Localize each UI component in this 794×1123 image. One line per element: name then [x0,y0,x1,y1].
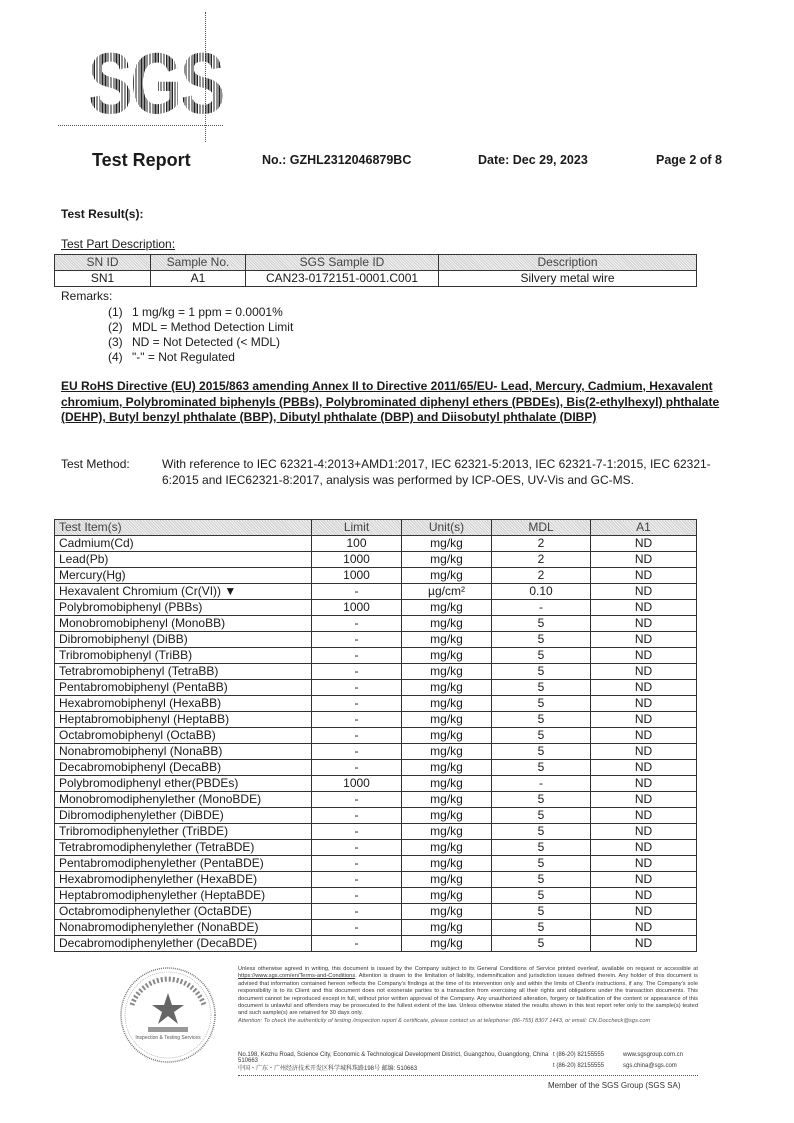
test-item-cell: Polybromobiphenyl (PBBs) [55,600,312,616]
mdl-cell: 5 [492,664,591,680]
authenticity-notice: Attention: To check the authenticity of … [238,1018,698,1025]
unit-cell: mg/kg [402,904,492,920]
column-header-unit: Unit(s) [402,520,492,536]
test-method-label: Test Method: [61,457,130,471]
unit-cell: mg/kg [402,824,492,840]
mdl-cell: 5 [492,648,591,664]
column-header-a1: A1 [591,520,697,536]
table-row: Decabromodiphenylether (DecaBDE)-mg/kg5N… [55,936,697,952]
mdl-cell: 5 [492,728,591,744]
section-heading: Test Result(s): [61,207,143,221]
limit-cell: - [312,824,402,840]
table-row: SN1 A1 CAN23-0172151-0001.C001 Silvery m… [55,271,697,287]
remark-text: ND = Not Detected (< MDL) [132,335,280,349]
limit-cell: - [312,920,402,936]
table-row: Decabromobiphenyl (DecaBB)-mg/kg5ND [55,760,697,776]
limit-cell: - [312,840,402,856]
unit-cell: mg/kg [402,936,492,952]
result-a1-cell: ND [591,680,697,696]
test-item-cell: Hexabromobiphenyl (HexaBB) [55,696,312,712]
unit-cell: mg/kg [402,872,492,888]
test-item-cell: Heptabromobiphenyl (HeptaBB) [55,712,312,728]
result-a1-cell: ND [591,552,697,568]
unit-cell: mg/kg [402,680,492,696]
page-indicator: Page 2 of 8 [656,153,722,167]
mdl-cell: 5 [492,920,591,936]
email-link[interactable]: sgs.china@sgs.com [623,1063,698,1072]
table-row: Polybromobiphenyl (PBBs)1000mg/kg-ND [55,600,697,616]
mdl-cell: 2 [492,536,591,552]
legal-disclaimer: Unless otherwise agreed in writing, this… [238,966,698,1025]
remark-number: (2) [108,320,132,334]
remark-text: MDL = Method Detection Limit [132,320,293,334]
table-row: Hexabromodiphenylether (HexaBDE)-mg/kg5N… [55,872,697,888]
table-row: Nonabromobiphenyl (NonaBB)-mg/kg5ND [55,744,697,760]
stamp-label: Inspection & Testing Services [135,1035,201,1041]
limit-cell: 1000 [312,600,402,616]
unit-cell: mg/kg [402,728,492,744]
unit-cell: mg/kg [402,760,492,776]
unit-cell: mg/kg [402,552,492,568]
test-part-table: SN ID Sample No. SGS Sample ID Descripti… [54,254,697,287]
limit-cell: - [312,760,402,776]
result-a1-cell: ND [591,744,697,760]
test-item-cell: Nonabromodiphenylether (NonaBDE) [55,920,312,936]
test-item-cell: Hexavalent Chromium (Cr(VI)) ▼ [55,584,312,600]
unit-cell: µg/cm² [402,584,492,600]
table-row: Nonabromodiphenylether (NonaBDE)-mg/kg5N… [55,920,697,936]
mdl-cell: 5 [492,744,591,760]
result-a1-cell: ND [591,792,697,808]
result-a1-cell: ND [591,600,697,616]
mdl-cell: 5 [492,680,591,696]
sgs-sample-id-cell: CAN23-0172151-0001.C001 [246,271,439,287]
disclaimer-text: . Attention is drawn to the limitation o… [238,973,698,1016]
result-a1-cell: ND [591,824,697,840]
unit-cell: mg/kg [402,712,492,728]
directive-heading: EU RoHS Directive (EU) 2015/863 amending… [61,379,721,426]
unit-cell: mg/kg [402,632,492,648]
sample-no-cell: A1 [151,271,246,287]
column-header: SN ID [55,255,151,271]
table-row: Monobromodiphenylether (MonoBDE)-mg/kg5N… [55,792,697,808]
limit-cell: - [312,648,402,664]
mdl-cell: 5 [492,824,591,840]
footer-divider [238,1075,698,1076]
limit-cell: - [312,792,402,808]
terms-link[interactable]: https://www.sgs.com/en/Terms-and-Conditi… [238,973,355,979]
unit-cell: mg/kg [402,888,492,904]
limit-cell: - [312,696,402,712]
unit-cell: mg/kg [402,920,492,936]
mdl-cell: 5 [492,792,591,808]
remark-number: (4) [108,350,132,364]
member-note: Member of the SGS Group (SGS SA) [548,1081,681,1090]
table-row: Hexavalent Chromium (Cr(VI)) ▼-µg/cm²0.1… [55,584,697,600]
unit-cell: mg/kg [402,840,492,856]
mdl-cell: 2 [492,552,591,568]
mdl-cell: 5 [492,712,591,728]
mdl-cell: 0.10 [492,584,591,600]
limit-cell: - [312,664,402,680]
mdl-cell: 5 [492,904,591,920]
remark-number: (3) [108,335,132,349]
table-row: Heptabromodiphenylether (HeptaBDE)-mg/kg… [55,888,697,904]
test-results-table: Test Item(s) Limit Unit(s) MDL A1 Cadmiu… [54,519,697,952]
result-a1-cell: ND [591,872,697,888]
logo-rule-vertical [205,12,206,142]
test-item-cell: Tribromodiphenylether (TriBDE) [55,824,312,840]
unit-cell: mg/kg [402,664,492,680]
result-a1-cell: ND [591,536,697,552]
result-a1-cell: ND [591,696,697,712]
test-item-cell: Octabromobiphenyl (OctaBB) [55,728,312,744]
description-cell: Silvery metal wire [439,271,697,287]
table-row: Pentabromodiphenylether (PentaBDE)-mg/kg… [55,856,697,872]
limit-cell: - [312,936,402,952]
column-header-mdl: MDL [492,520,591,536]
result-a1-cell: ND [591,616,697,632]
test-item-cell: Tetrabromodiphenylether (TetraBDE) [55,840,312,856]
test-item-cell: Heptabromodiphenylether (HeptaBDE) [55,888,312,904]
table-row: Monobromobiphenyl (MonoBB)-mg/kg5ND [55,616,697,632]
table-row: Cadmium(Cd)100mg/kg2ND [55,536,697,552]
limit-cell: - [312,904,402,920]
unit-cell: mg/kg [402,696,492,712]
result-a1-cell: ND [591,936,697,952]
column-header: Description [439,255,697,271]
logo-text: SGS [88,44,223,124]
result-a1-cell: ND [591,776,697,792]
limit-cell: 1000 [312,568,402,584]
column-header: Sample No. [151,255,246,271]
limit-cell: - [312,680,402,696]
column-header: SGS Sample ID [246,255,439,271]
mdl-cell: 5 [492,888,591,904]
address-line-cn: 中国・广东・广州经济技术开发区科学城科珠路198号 邮编: 510663 t (… [238,1063,698,1072]
unit-cell: mg/kg [402,856,492,872]
test-item-cell: Polybromodiphenyl ether(PBDEs) [55,776,312,792]
remark-item: (2)MDL = Method Detection Limit [108,320,293,334]
company-seal-stamp: Inspection & Testing Services [118,965,218,1065]
report-date: Date: Dec 29, 2023 [478,153,588,167]
result-a1-cell: ND [591,664,697,680]
mdl-cell: 5 [492,616,591,632]
mdl-cell: 5 [492,808,591,824]
result-a1-cell: ND [591,584,697,600]
remark-number: (1) [108,305,132,319]
table-row: Lead(Pb)1000mg/kg2ND [55,552,697,568]
limit-cell: - [312,728,402,744]
table-row: Octabromodiphenylether (OctaBDE)-mg/kg5N… [55,904,697,920]
mdl-cell: - [492,776,591,792]
table-row: Octabromobiphenyl (OctaBB)-mg/kg5ND [55,728,697,744]
limit-cell: 1000 [312,776,402,792]
remarks-title: Remarks: [61,289,112,303]
table-row: Tribromobiphenyl (TriBB)-mg/kg5ND [55,648,697,664]
remark-item: (3)ND = Not Detected (< MDL) [108,335,280,349]
mdl-cell: 5 [492,696,591,712]
result-a1-cell: ND [591,728,697,744]
unit-cell: mg/kg [402,744,492,760]
disclaimer-text: Unless otherwise agreed in writing, this… [238,966,698,972]
mdl-cell: 5 [492,936,591,952]
test-item-cell: Hexabromodiphenylether (HexaBDE) [55,872,312,888]
limit-cell: - [312,744,402,760]
result-a1-cell: ND [591,840,697,856]
limit-cell: 100 [312,536,402,552]
test-item-cell: Decabromodiphenylether (DecaBDE) [55,936,312,952]
unit-cell: mg/kg [402,600,492,616]
result-a1-cell: ND [591,920,697,936]
limit-cell: - [312,712,402,728]
test-item-cell: Mercury(Hg) [55,568,312,584]
test-item-cell: Dibromobiphenyl (DiBB) [55,632,312,648]
result-a1-cell: ND [591,712,697,728]
table-row: Tribromodiphenylether (TriBDE)-mg/kg5ND [55,824,697,840]
unit-cell: mg/kg [402,536,492,552]
test-item-cell: Pentabromodiphenylether (PentaBDE) [55,856,312,872]
report-title: Test Report [92,150,191,171]
result-a1-cell: ND [591,808,697,824]
limit-cell: - [312,584,402,600]
limit-cell: 1000 [312,552,402,568]
table-row: Heptabromobiphenyl (HeptaBB)-mg/kg5ND [55,712,697,728]
sn-id-cell: SN1 [55,271,151,287]
mdl-cell: 5 [492,760,591,776]
address-cn: 中国・广东・广州经济技术开发区科学城科珠路198号 邮编: 510663 [238,1063,553,1072]
result-a1-cell: ND [591,856,697,872]
limit-cell: - [312,888,402,904]
test-item-cell: Nonabromobiphenyl (NonaBB) [55,744,312,760]
sgs-logo: SGS [88,50,218,130]
limit-cell: - [312,808,402,824]
table-header-row: SN ID Sample No. SGS Sample ID Descripti… [55,255,697,271]
unit-cell: mg/kg [402,792,492,808]
table-row: Tetrabromodiphenylether (TetraBDE)-mg/kg… [55,840,697,856]
remark-text: 1 mg/kg = 1 ppm = 0.0001% [132,305,283,319]
unit-cell: mg/kg [402,776,492,792]
table-row: Hexabromobiphenyl (HexaBB)-mg/kg5ND [55,696,697,712]
unit-cell: mg/kg [402,808,492,824]
test-item-cell: Monobromobiphenyl (MonoBB) [55,616,312,632]
result-a1-cell: ND [591,760,697,776]
phone: t (86-20) 82155555 [553,1063,623,1072]
test-item-cell: Monobromodiphenylether (MonoBDE) [55,792,312,808]
table-row: Tetrabromobiphenyl (TetraBB)-mg/kg5ND [55,664,697,680]
remark-text: "-" = Not Regulated [132,350,235,364]
unit-cell: mg/kg [402,568,492,584]
test-part-label: Test Part Description: [61,237,175,251]
test-item-cell: Lead(Pb) [55,552,312,568]
mdl-cell: 5 [492,856,591,872]
mdl-cell: 5 [492,840,591,856]
result-a1-cell: ND [591,888,697,904]
column-header-limit: Limit [312,520,402,536]
mdl-cell: 2 [492,568,591,584]
test-item-cell: Dibromodiphenylether (DiBDE) [55,808,312,824]
limit-cell: - [312,872,402,888]
table-row: Mercury(Hg)1000mg/kg2ND [55,568,697,584]
remark-item: (1)1 mg/kg = 1 ppm = 0.0001% [108,305,283,319]
result-a1-cell: ND [591,568,697,584]
mdl-cell: 5 [492,632,591,648]
limit-cell: - [312,632,402,648]
report-number: No.: GZHL2312046879BC [262,153,411,167]
test-item-cell: Pentabromobiphenyl (PentaBB) [55,680,312,696]
mdl-cell: - [492,600,591,616]
mdl-cell: 5 [492,872,591,888]
table-row: Pentabromobiphenyl (PentaBB)-mg/kg5ND [55,680,697,696]
unit-cell: mg/kg [402,616,492,632]
table-row: Dibromodiphenylether (DiBDE)-mg/kg5ND [55,808,697,824]
table-row: Polybromodiphenyl ether(PBDEs)1000mg/kg-… [55,776,697,792]
limit-cell: - [312,616,402,632]
result-a1-cell: ND [591,632,697,648]
unit-cell: mg/kg [402,648,492,664]
test-item-cell: Decabromobiphenyl (DecaBB) [55,760,312,776]
table-header-row: Test Item(s) Limit Unit(s) MDL A1 [55,520,697,536]
result-a1-cell: ND [591,904,697,920]
test-item-cell: Octabromodiphenylether (OctaBDE) [55,904,312,920]
limit-cell: - [312,856,402,872]
table-row: Dibromobiphenyl (DiBB)-mg/kg5ND [55,632,697,648]
test-item-cell: Cadmium(Cd) [55,536,312,552]
column-header-test-item: Test Item(s) [55,520,312,536]
test-item-cell: Tetrabromobiphenyl (TetraBB) [55,664,312,680]
test-method-text: With reference to IEC 62321-4:2013+AMD1:… [162,457,722,488]
result-a1-cell: ND [591,648,697,664]
logo-rule-horizontal [58,125,223,126]
remark-item: (4)"-" = Not Regulated [108,350,235,364]
test-item-cell: Tribromobiphenyl (TriBB) [55,648,312,664]
